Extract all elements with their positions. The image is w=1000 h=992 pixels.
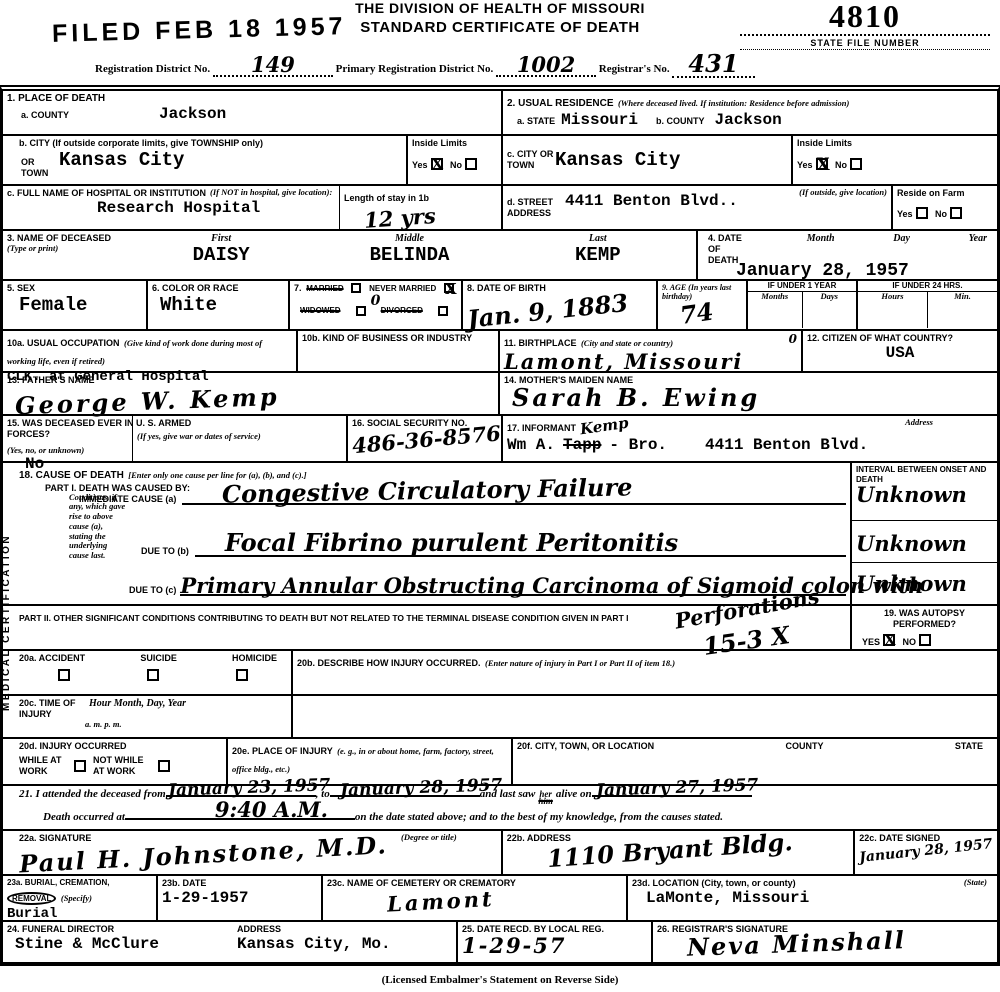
row-occupation: 10a. USUAL OCCUPATION (Give kind of work… xyxy=(3,331,997,373)
months-label: Months xyxy=(748,292,803,328)
cause-b-cell: Conditions, if any, which gave rise to a… xyxy=(3,521,852,563)
injury-county-label: COUNTY xyxy=(786,741,824,752)
pod-hospital-value: Research Hospital xyxy=(7,199,335,217)
part2-label: PART II. OTHER SIGNIFICANT CONDITIONS CO… xyxy=(19,613,629,623)
row-time-of-injury: 20c. TIME OF INJURY Hour Month, Day, Yea… xyxy=(3,696,997,739)
cause-due-b-label: DUE TO (b) xyxy=(141,546,189,557)
row-city-town: b. CITY (If outside corporate limits, gi… xyxy=(3,136,997,186)
attendance-line2-pre: Death occurred at xyxy=(19,811,125,823)
residence-farm-yes-checkbox xyxy=(916,207,928,219)
widowed-label: WIDOWED xyxy=(300,306,340,316)
division-title: THE DIVISION OF HEALTH OF MISSOURI xyxy=(280,0,720,16)
residence-state-county-cell: 2. USUAL RESIDENCE (Where deceased lived… xyxy=(503,91,997,134)
interval-a-value: Unknown xyxy=(856,484,993,505)
pod-inside-limits-label: Inside Limits xyxy=(412,138,497,149)
row-cause-b: Conditions, if any, which gave rise to a… xyxy=(3,521,997,563)
citizen-value: USA xyxy=(807,344,993,362)
birthplace-cell: 11. BIRTHPLACE (City and state or countr… xyxy=(500,331,803,371)
autopsy-yes-mark: X xyxy=(884,631,896,649)
age-cell: 9. AGE (In years last birthday) 74 xyxy=(658,281,748,329)
pod-city-cell: b. CITY (If outside corporate limits, gi… xyxy=(3,136,408,184)
mother-value: Sarah B. Ewing xyxy=(504,386,993,410)
under1-label: IF UNDER 1 YEAR xyxy=(748,281,856,292)
row-accident-describe: 20a. ACCIDENT SUICIDE HOMICIDE 20b. DESC… xyxy=(3,651,997,696)
birthplace-label: 11. BIRTHPLACE xyxy=(504,338,577,348)
burial-date-value: 1-29-1957 xyxy=(162,889,317,907)
certifier-address-cell: 22b. ADDRESS 1110 Bryant Bldg. xyxy=(503,831,856,874)
burial-location-value: LaMonte, Missouri xyxy=(632,889,993,907)
name-label-note: (Type or print) xyxy=(7,244,127,254)
residence-limits-no-checkbox xyxy=(850,158,862,170)
describe-injury-cell: 20b. DESCRIBE HOW INJURY OCCURRED. (Ente… xyxy=(293,651,997,694)
row-place-residence-top: 1. PLACE OF DEATH a. COUNTY Jackson 2. U… xyxy=(3,91,997,136)
residence-city-value: Kansas City xyxy=(555,149,680,171)
accident-suicide-homicide-cell: 20a. ACCIDENT SUICIDE HOMICIDE xyxy=(3,651,293,694)
row-burial: 23a. BURIAL, CREMATION, REMOVAL (Specify… xyxy=(3,876,997,922)
registrar-no-field: 431 xyxy=(672,52,754,78)
pod-limits-yes-checkbox: X xyxy=(431,158,443,170)
describe-injury-label: 20b. DESCRIBE HOW INJURY OCCURRED. xyxy=(297,658,481,668)
married-label: MARRIED xyxy=(306,284,343,294)
name-of-deceased-cell: 3. NAME OF DECEASED (Type or print) Firs… xyxy=(3,231,698,279)
signature-label: 22a. SIGNATURE xyxy=(19,833,91,844)
cause-conditions-note: Conditions, if any, which gave rise to a… xyxy=(19,493,127,561)
part2-cell: PART II. OTHER SIGNIFICANT CONDITIONS CO… xyxy=(3,606,852,649)
registration-district-field: 149 xyxy=(213,54,333,77)
informant-post: - Bro. xyxy=(609,436,667,454)
burial-specify-note: (Specify) xyxy=(61,893,92,903)
birthplace-note: (City and state or country) xyxy=(581,338,673,348)
middle-name-value: BELINDA xyxy=(315,244,503,266)
row-part2-autopsy: PART II. OTHER SIGNIFICANT CONDITIONS CO… xyxy=(3,606,997,651)
pod-hospital-cell: c. FULL NAME OF HOSPITAL OR INSTITUTION … xyxy=(3,186,340,229)
registration-line: Registration District No. 149 Primary Re… xyxy=(95,52,1000,78)
accident-label: 20a. ACCIDENT xyxy=(19,653,85,664)
row-certifier: 22a. SIGNATURE (Degree or title) Paul H.… xyxy=(3,831,997,876)
burial-location-cell: 23d. LOCATION (City, town, or county) (S… xyxy=(628,876,997,920)
pod-county-value: Jackson xyxy=(159,105,226,123)
pod-hospital-note: (If NOT in hospital, give location): xyxy=(210,188,332,199)
row-stats: 5. SEX Female 6. COLOR OR RACE White 7. … xyxy=(3,281,997,331)
residence-street-cell: (If outside, give location) d. STREET AD… xyxy=(503,186,893,229)
attendance-alive-label: alive on xyxy=(556,788,592,800)
autopsy-label: 19. WAS AUTOPSY PERFORMED? xyxy=(856,608,993,630)
attendance-him-label: him xyxy=(538,798,553,805)
residence-farm-no-label: No xyxy=(935,209,947,219)
dob-value: Jan. 9, 1883 xyxy=(466,288,652,331)
middle-name-label: Middle xyxy=(315,233,503,244)
while-at-work-checkbox xyxy=(74,760,86,772)
interval-b-value: Unknown xyxy=(856,533,993,554)
pod-hospital-label: c. FULL NAME OF HOSPITAL OR INSTITUTION xyxy=(7,188,206,199)
burial-label: 23a. BURIAL, CREMATION, xyxy=(7,878,152,888)
dob-cell: 8. DATE OF BIRTH Jan. 9, 1883 xyxy=(463,281,658,329)
cause-label: 18. CAUSE OF DEATH xyxy=(19,470,124,481)
divorced-label: DIVORCED xyxy=(381,306,423,316)
autopsy-yes-label: YES xyxy=(862,637,880,647)
residence-street-label: d. STREET ADDRESS xyxy=(507,197,565,219)
ampm-note: a. m. p. m. xyxy=(19,720,287,730)
homicide-label: HOMICIDE xyxy=(232,653,277,664)
place-of-injury-label: 20e. PLACE OF INJURY xyxy=(232,746,333,756)
row-attendance: 21. I attended the deceased from January… xyxy=(3,786,997,831)
pod-limits-yes-label: Yes xyxy=(412,160,428,170)
time-of-injury-blank-cell xyxy=(293,696,997,737)
cause-a-cell: 18. CAUSE OF DEATH [Enter only one cause… xyxy=(3,463,852,521)
pod-limits-no-checkbox xyxy=(465,158,477,170)
row-forces-ssn-informant: 15. WAS DECEASED EVER IN U. S. ARMED FOR… xyxy=(3,416,997,463)
attendance-to-value: January 28, 1957 xyxy=(339,777,502,800)
pod-length-of-stay-value: 12 yrs xyxy=(343,201,497,233)
residence-street-value: 4411 Benton Blvd.. xyxy=(565,192,738,210)
widowed-checkbox xyxy=(356,306,366,316)
birthplace-value: Lamont, Missouri xyxy=(504,351,797,372)
armed-forces-note: (Yes, no, or unknown) xyxy=(7,446,128,456)
burial-state-note: (State) xyxy=(964,878,987,889)
pod-length-of-stay-cell: Length of stay in 1b 12 yrs xyxy=(340,186,503,229)
sex-label: 5. SEX xyxy=(7,283,142,294)
attendance-line2-post: on the date stated above; and to the bes… xyxy=(355,811,723,823)
time-of-injury-label: 20c. TIME OF INJURY xyxy=(19,698,79,720)
residence-farm-yes-label: Yes xyxy=(897,209,913,219)
if-under-24-hrs-cell: IF UNDER 24 HRS. Hours Min. xyxy=(858,281,997,329)
interval-c-cell: Unknown xyxy=(852,563,997,604)
injury-occurred-label: 20d. INJURY OCCURRED xyxy=(19,741,222,752)
residence-inside-limits-label: Inside Limits xyxy=(797,138,993,149)
pod-length-of-stay-label: Length of stay in 1b xyxy=(344,193,429,203)
cause-due-b-value: Focal Fibrino purulent Peritonitis xyxy=(225,531,678,555)
injury-occurred-cell: 20d. INJURY OCCURRED WHILE AT WORK NOT W… xyxy=(3,739,228,784)
marital-status-cell: 7. MARRIED NEVER MARRIED X 0 WIDOWED DIV… xyxy=(290,281,463,329)
father-name-cell: 13. FATHER'S NAME George W. Kemp xyxy=(3,373,500,414)
pod-inside-limits-cell: Inside Limits YesX No xyxy=(408,136,503,184)
first-name-value: DAISY xyxy=(127,244,315,266)
row-hospital-street: c. FULL NAME OF HOSPITAL OR INSTITUTION … xyxy=(3,186,997,231)
race-label: 6. COLOR OR RACE xyxy=(152,283,284,294)
cause-due-c-label: DUE TO (c) xyxy=(129,585,176,596)
attendance-pre: 21. I attended the deceased from xyxy=(19,788,166,800)
never-married-mark: X xyxy=(445,280,457,298)
first-name-label: First xyxy=(127,233,315,244)
pod-limits-no-label: No xyxy=(450,160,462,170)
business-label: 10b. KIND OF BUSINESS OR INDUSTRY xyxy=(302,333,494,344)
armed-forces-cell: 15. WAS DECEASED EVER IN U. S. ARMED FOR… xyxy=(3,416,133,461)
race-value: White xyxy=(152,294,284,316)
burial-date-cell: 23b. DATE 1-29-1957 xyxy=(158,876,323,920)
min-label: Min. xyxy=(928,292,997,328)
embalmer-note: (Licensed Embalmer's Statement on Revers… xyxy=(0,966,1000,986)
pod-or-town-label: OR TOWN xyxy=(7,157,59,179)
divorced-checkbox xyxy=(438,306,448,316)
business-cell: 10b. KIND OF BUSINESS OR INDUSTRY xyxy=(298,331,500,371)
autopsy-no-label: NO xyxy=(902,637,916,647)
mother-name-cell: 14. MOTHER'S MAIDEN NAME Sarah B. Ewing xyxy=(500,373,997,414)
informant-label: 17. INFORMANT xyxy=(507,423,576,433)
interval-b-cell: Unknown xyxy=(852,521,997,563)
certificate-header: FILED FEB 18 1957 THE DIVISION OF HEALTH… xyxy=(0,0,1000,85)
residence-city-label: c. CITY OR TOWN xyxy=(507,149,555,171)
citizen-label: 12. CITIZEN OF WHAT COUNTRY? xyxy=(807,333,993,344)
time-of-injury-note: Hour Month, Day, Year xyxy=(89,698,186,720)
residence-limits-no-label: No xyxy=(835,160,847,170)
death-certificate: FILED FEB 18 1957 THE DIVISION OF HEALTH… xyxy=(0,0,1000,992)
describe-injury-note: (Enter nature of injury in Part I or Par… xyxy=(485,658,675,668)
sex-value: Female xyxy=(7,294,142,316)
autopsy-yes-checkbox: X xyxy=(883,634,895,646)
last-name-label: Last xyxy=(504,233,692,244)
injury-state-label: STATE xyxy=(955,741,983,752)
service-cell: (If yes, give war or dates of service) xyxy=(133,416,348,461)
residence-limits-yes-label: Yes xyxy=(797,160,813,170)
married-checkbox xyxy=(351,283,361,293)
funeral-director-cell: 24. FUNERAL DIRECTOR ADDRESS Stine & McC… xyxy=(3,922,458,962)
citizen-cell: 12. CITIZEN OF WHAT COUNTRY? USA xyxy=(803,331,997,371)
state-file-number-block: 4810 STATE FILE NUMBER xyxy=(740,0,990,50)
state-file-number-label: STATE FILE NUMBER xyxy=(740,34,990,50)
residence-note: (Where deceased lived. If institution: R… xyxy=(618,98,849,108)
residence-farm-no-checkbox xyxy=(950,207,962,219)
interval-a-cell: INTERVAL BETWEEN ONSET AND DEATH Unknown xyxy=(852,463,997,521)
race-cell: 6. COLOR OR RACE White xyxy=(148,281,290,329)
occupation-cell: 10a. USUAL OCCUPATION (Give kind of work… xyxy=(3,331,298,371)
primary-district-value: 1002 xyxy=(517,52,575,77)
pod-city-label: b. CITY (If outside corporate limits, gi… xyxy=(7,138,402,149)
ssn-cell: 16. SOCIAL SECURITY NO. 486-36-8576 xyxy=(348,416,503,461)
funeral-address-label: ADDRESS xyxy=(237,924,281,935)
burial-value: Burial xyxy=(7,906,152,922)
residence-state-value: Missouri xyxy=(561,111,638,129)
medical-certification-side-label: MEDICAL CERTIFICATION xyxy=(1,462,12,782)
pod-limits-yes-mark: X xyxy=(432,155,444,173)
row-name-dod: 3. NAME OF DECEASED (Type or print) Firs… xyxy=(3,231,997,281)
autopsy-no-checkbox xyxy=(919,634,931,646)
residence-farm-label: Reside on Farm xyxy=(897,188,993,199)
interval-c-value: Unknown xyxy=(856,573,993,594)
residence-inside-limits-cell: Inside Limits YesX No xyxy=(793,136,997,184)
informant-struck: Tapp xyxy=(563,436,601,454)
row-cause-a: 18. CAUSE OF DEATH [Enter only one cause… xyxy=(3,463,997,521)
autopsy-cell: 19. WAS AUTOPSY PERFORMED? YESX NO xyxy=(852,606,997,649)
sex-cell: 5. SEX Female xyxy=(3,281,148,329)
marital-number: 7. xyxy=(294,283,302,294)
burial-date-label: 23b. DATE xyxy=(162,878,317,889)
state-file-number-value: 4810 xyxy=(740,0,990,32)
not-while-at-work-label: NOT WHILE AT WORK xyxy=(93,755,151,777)
residence-label: 2. USUAL RESIDENCE xyxy=(507,98,614,109)
informant-address-value: 4411 Benton Blvd. xyxy=(705,436,868,454)
residence-county-value: Jackson xyxy=(714,111,781,129)
funeral-director-label: 24. FUNERAL DIRECTOR xyxy=(7,924,237,935)
place-of-death-label: 1. PLACE OF DEATH xyxy=(7,93,497,105)
place-of-death-county-cell: 1. PLACE OF DEATH a. COUNTY Jackson xyxy=(3,91,503,134)
burial-location-label: 23d. LOCATION (City, town, or county) xyxy=(632,878,796,889)
residence-limits-yes-checkbox: X xyxy=(816,158,828,170)
burial-type-cell: 23a. BURIAL, CREMATION, REMOVAL (Specify… xyxy=(3,876,158,920)
row-funeral-registrar: 24. FUNERAL DIRECTOR ADDRESS Stine & McC… xyxy=(3,922,997,966)
certificate-title: STANDARD CERTIFICATE OF DEATH xyxy=(280,19,720,36)
registrar-no-label: Registrar's No. xyxy=(599,63,670,75)
date-of-death-cell: 4. DATE OF DEATH Month Day Year January … xyxy=(698,231,997,279)
under24-label: IF UNDER 24 HRS. xyxy=(858,281,997,292)
row-cause-c: DUE TO (c) Primary Annular Obstructing C… xyxy=(3,563,997,606)
hours-label: Hours xyxy=(858,292,928,328)
residence-city-cell: c. CITY OR TOWN Kansas City xyxy=(503,136,793,184)
residence-county-label: b. COUNTY xyxy=(656,116,705,127)
date-signed-cell: 22c. DATE SIGNED January 28, 1957 xyxy=(855,831,997,874)
informant-correction: Kemp xyxy=(580,416,630,438)
while-at-work-label: WHILE AT WORK xyxy=(19,755,67,777)
informant-pre: Wm A. xyxy=(507,436,555,454)
date-received-value: 1-29-57 xyxy=(462,935,647,956)
primary-district-label: Primary Registration District No. xyxy=(336,63,494,75)
homicide-checkbox xyxy=(236,669,248,681)
row-parents: 13. FATHER'S NAME George W. Kemp 14. MOT… xyxy=(3,373,997,416)
cause-immediate-value: Congestive Circulatory Failure xyxy=(222,475,633,506)
dod-value: January 28, 1957 xyxy=(702,261,993,281)
time-of-injury-cell: 20c. TIME OF INJURY Hour Month, Day, Yea… xyxy=(3,696,293,737)
last-name-value: KEMP xyxy=(504,244,692,266)
informant-address-label: Address xyxy=(905,418,933,436)
pod-city-value: Kansas City xyxy=(59,149,184,171)
attendance-time-value: 9:40 A.M. xyxy=(215,799,328,820)
cemetery-cell: 23c. NAME OF CEMETERY OR CREMATORY Lamon… xyxy=(323,876,628,920)
residence-limits-yes-mark: X xyxy=(817,155,830,175)
never-married-label: NEVER MARRIED xyxy=(369,284,436,294)
registration-district-label: Registration District No. xyxy=(95,63,210,75)
suicide-checkbox xyxy=(147,669,159,681)
funeral-director-value: Stine & McClure xyxy=(7,935,237,953)
certificate-form: 1. PLACE OF DEATH a. COUNTY Jackson 2. U… xyxy=(0,85,1000,966)
accident-checkbox xyxy=(58,669,70,681)
burial-removal-label: REMOVAL xyxy=(7,892,56,905)
birthplace-mark: 0 xyxy=(789,333,797,351)
service-note: (If yes, give war or dates of service) xyxy=(137,432,342,442)
informant-cell: 17. INFORMANT Kemp Address Wm A. Tapp - … xyxy=(503,416,997,461)
cause-c-cell: DUE TO (c) Primary Annular Obstructing C… xyxy=(3,563,852,604)
attendance-alive-value: January 27, 1957 xyxy=(595,777,758,800)
funeral-address-value: Kansas City, Mo. xyxy=(237,935,391,953)
not-while-at-work-checkbox xyxy=(158,760,170,772)
if-under-1-year-cell: IF UNDER 1 YEAR Months Days xyxy=(748,281,858,329)
dod-year-label: Year xyxy=(969,233,987,265)
certificate-titles: THE DIVISION OF HEALTH OF MISSOURI STAND… xyxy=(280,0,720,36)
date-received-cell: 25. DATE RECD. BY LOCAL REG. 1-29-57 xyxy=(458,922,653,962)
suicide-label: SUICIDE xyxy=(140,653,177,664)
never-married-checkbox: X xyxy=(444,283,454,293)
primary-district-field: 1002 xyxy=(496,54,596,77)
registrar-no-value: 431 xyxy=(688,49,738,78)
registration-district-value: 149 xyxy=(251,52,295,77)
injury-city-label: 20f. CITY, TOWN, OR LOCATION xyxy=(517,741,654,752)
occupation-label: 10a. USUAL OCCUPATION xyxy=(7,338,120,348)
days-label: Days xyxy=(803,292,857,328)
pod-county-label: a. COUNTY xyxy=(21,110,69,121)
registrar-signature-cell: 26. REGISTRAR'S SIGNATURE Neva Minshall xyxy=(653,922,997,962)
signature-cell: 22a. SIGNATURE (Degree or title) Paul H.… xyxy=(3,831,503,874)
residence-farm-cell: Reside on Farm Yes No xyxy=(893,186,997,229)
residence-state-label: a. STATE xyxy=(517,116,555,127)
